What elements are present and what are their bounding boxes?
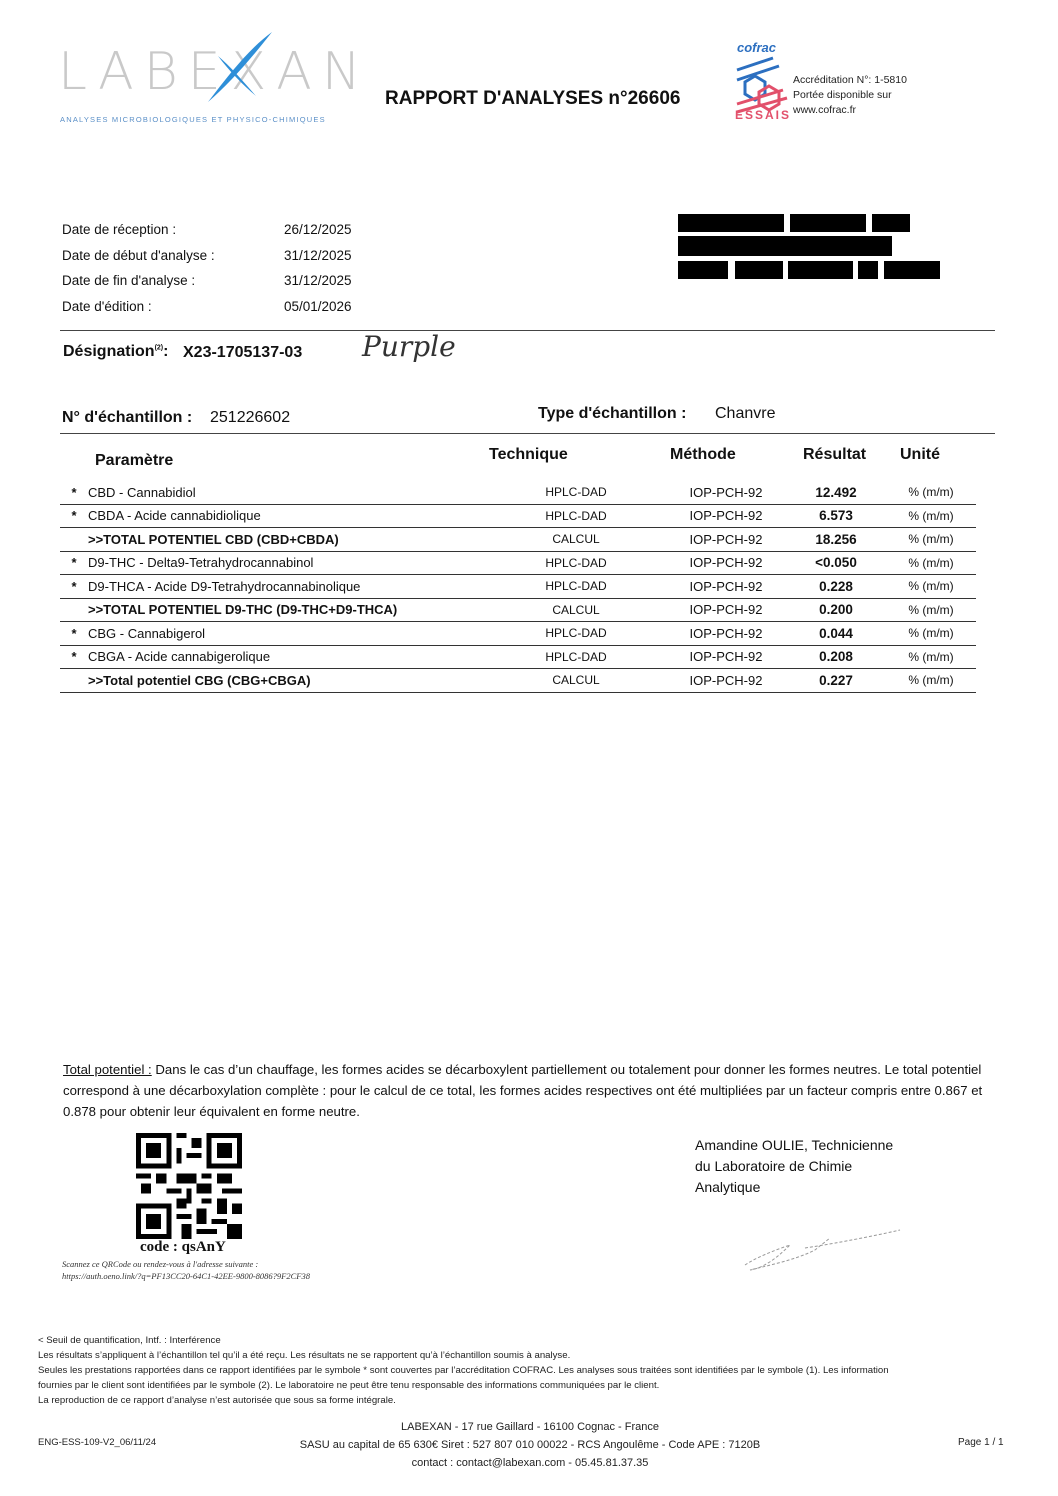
sample-number-value: 251226602 bbox=[210, 409, 290, 427]
accredited-marker: * bbox=[60, 575, 88, 599]
technique-cell: HPLC-DAD bbox=[486, 622, 666, 646]
method-cell: IOP-PCH-92 bbox=[666, 551, 786, 575]
accredited-marker: * bbox=[60, 622, 88, 646]
parameter-cell: CBD - Cannabidiol bbox=[88, 481, 486, 504]
date-label: Date d'édition : bbox=[62, 299, 284, 325]
redaction-bar bbox=[790, 214, 866, 232]
result-cell: 12.492 bbox=[786, 481, 886, 504]
divider bbox=[60, 330, 995, 331]
unit-cell: % (m/m) bbox=[886, 528, 976, 552]
table-row: >>TOTAL POTENTIEL CBD (CBD+CBDA)CALCULIO… bbox=[60, 528, 976, 552]
technique-cell: CALCUL bbox=[486, 528, 666, 552]
result-cell: 0.044 bbox=[786, 622, 886, 646]
col-header-technique: Technique bbox=[489, 446, 568, 464]
date-value: 31/12/2025 bbox=[284, 248, 352, 274]
accredited-marker: * bbox=[60, 551, 88, 575]
redaction-bar bbox=[678, 214, 784, 232]
unit-cell: % (m/m) bbox=[886, 669, 976, 693]
note-label: Total potentiel : bbox=[63, 1062, 152, 1077]
date-row: Date d'édition :05/01/2026 bbox=[62, 299, 352, 325]
date-row: Date de fin d'analyse :31/12/2025 bbox=[62, 273, 352, 299]
accredited-marker bbox=[60, 598, 88, 622]
result-cell: 0.200 bbox=[786, 598, 886, 622]
parameter-cell: CBGA - Acide cannabigerolique bbox=[88, 645, 486, 669]
redaction-bar bbox=[735, 261, 783, 279]
redaction-bar bbox=[678, 236, 892, 256]
company-footer: LABEXAN - 17 rue Gaillard - 16100 Cognac… bbox=[250, 1418, 810, 1472]
col-header-unit: Unité bbox=[900, 446, 940, 464]
signer-title: du Laboratoire de Chimie bbox=[695, 1156, 893, 1177]
table-row: *CBDA - Acide cannabidioliqueHPLC-DADIOP… bbox=[60, 504, 976, 528]
table-row: *CBGA - Acide cannabigeroliqueHPLC-DADIO… bbox=[60, 645, 976, 669]
table-row: *D9-THCA - Acide D9-Tetrahydrocannabinol… bbox=[60, 575, 976, 599]
date-label: Date de début d'analyse : bbox=[62, 248, 284, 274]
accredited-marker bbox=[60, 528, 88, 552]
company-legal: SASU au capital de 65 630€ Siret : 527 8… bbox=[250, 1436, 810, 1454]
redaction-bar bbox=[788, 261, 853, 279]
table-row: >>TOTAL POTENTIEL D9-THC (D9-THC+D9-THCA… bbox=[60, 598, 976, 622]
disclaimer-line: fournies par le client sont identifiées … bbox=[38, 1378, 1028, 1393]
accreditation-info: Accréditation N°: 1-5810 Portée disponib… bbox=[793, 73, 907, 118]
accreditation-number: Accréditation N°: 1-5810 bbox=[793, 73, 907, 88]
parameter-cell: >>TOTAL POTENTIEL D9-THC (D9-THC+D9-THCA… bbox=[88, 598, 486, 622]
result-cell: 0.228 bbox=[786, 575, 886, 599]
unit-cell: % (m/m) bbox=[886, 504, 976, 528]
results-table: *CBD - CannabidiolHPLC-DADIOP-PCH-9212.4… bbox=[60, 481, 976, 693]
table-row: *CBG - CannabigerolHPLC-DADIOP-PCH-920.0… bbox=[60, 622, 976, 646]
col-header-parameter: Paramètre bbox=[95, 452, 173, 470]
redaction-bar bbox=[884, 261, 940, 279]
total-potential-note: Total potentiel : Dans le cas d’un chauf… bbox=[63, 1059, 998, 1122]
unit-cell: % (m/m) bbox=[886, 575, 976, 599]
technique-cell: HPLC-DAD bbox=[486, 551, 666, 575]
disclaimer-line: Seules les prestations rapportées dans c… bbox=[38, 1363, 1028, 1378]
method-cell: IOP-PCH-92 bbox=[666, 598, 786, 622]
page-number: Page 1 / 1 bbox=[958, 1437, 1004, 1448]
technique-cell: HPLC-DAD bbox=[486, 645, 666, 669]
report-title: RAPPORT D'ANALYSES n°26606 bbox=[385, 88, 680, 110]
qr-code-label: code : qsAnY bbox=[140, 1239, 226, 1256]
signer-title-cont: Analytique bbox=[695, 1177, 893, 1198]
scope-text: Portée disponible sur bbox=[793, 88, 907, 103]
signature-icon bbox=[735, 1220, 905, 1280]
technique-cell: HPLC-DAD bbox=[486, 481, 666, 504]
table-row: *CBD - CannabidiolHPLC-DADIOP-PCH-9212.4… bbox=[60, 481, 976, 504]
designation-label-text: Désignation bbox=[63, 343, 155, 360]
logo-x-swoosh-icon bbox=[200, 28, 280, 108]
result-cell: 18.256 bbox=[786, 528, 886, 552]
doc-reference: ENG-ESS-109-V2_06/11/24 bbox=[38, 1437, 156, 1448]
company-address: LABEXAN - 17 rue Gaillard - 16100 Cognac… bbox=[250, 1418, 810, 1436]
accredited-marker bbox=[60, 669, 88, 693]
date-value: 26/12/2025 bbox=[284, 222, 352, 248]
company-contact[interactable]: contact : contact@labexan.com - 05.45.81… bbox=[250, 1454, 810, 1472]
date-label: Date de réception : bbox=[62, 222, 284, 248]
dates-block: Date de réception :26/12/2025 Date de dé… bbox=[62, 222, 352, 324]
qr-instructions: Scannez ce QRCode ou rendez-vous à l'adr… bbox=[62, 1258, 310, 1282]
cofrac-essais: ESSAIS bbox=[735, 108, 791, 122]
handwritten-note: Purple bbox=[362, 330, 456, 363]
unit-cell: % (m/m) bbox=[886, 481, 976, 504]
method-cell: IOP-PCH-92 bbox=[666, 504, 786, 528]
parameter-cell: >>Total potentiel CBG (CBG+CBGA) bbox=[88, 669, 486, 693]
table-row: *D9-THC - Delta9-TetrahydrocannabinolHPL… bbox=[60, 551, 976, 575]
method-cell: IOP-PCH-92 bbox=[666, 645, 786, 669]
col-header-result: Résultat bbox=[803, 446, 866, 464]
disclaimer-line: < Seuil de quantification, Intf. : Inter… bbox=[38, 1333, 1028, 1348]
col-header-method: Méthode bbox=[670, 446, 736, 464]
date-row: Date de réception :26/12/2025 bbox=[62, 222, 352, 248]
method-cell: IOP-PCH-92 bbox=[666, 481, 786, 504]
sample-type-label: Type d'échantillon : bbox=[538, 405, 686, 423]
method-cell: IOP-PCH-92 bbox=[666, 669, 786, 693]
designation-colon: : bbox=[163, 343, 168, 360]
parameter-cell: D9-THCA - Acide D9-Tetrahydrocannabinoli… bbox=[88, 575, 486, 599]
signer-block: Amandine OULIE, Technicienne du Laborato… bbox=[695, 1135, 893, 1198]
technique-cell: CALCUL bbox=[486, 598, 666, 622]
sample-type-value: Chanvre bbox=[715, 405, 775, 423]
designation-superscript: (2) bbox=[155, 345, 164, 352]
technique-cell: HPLC-DAD bbox=[486, 504, 666, 528]
qr-url[interactable]: https://auth.oeno.link/?q=PF13CC20-64C1-… bbox=[62, 1270, 310, 1282]
logo-tagline: ANALYSES MICROBIOLOGIQUES ET PHYSICO-CHI… bbox=[60, 115, 326, 124]
method-cell: IOP-PCH-92 bbox=[666, 528, 786, 552]
date-value: 31/12/2025 bbox=[284, 273, 352, 299]
unit-cell: % (m/m) bbox=[886, 598, 976, 622]
designation-value: X23-1705137-03 bbox=[183, 344, 302, 362]
sample-number-label: N° d'échantillon : bbox=[62, 409, 192, 427]
redaction-bar bbox=[678, 261, 728, 279]
parameter-cell: D9-THC - Delta9-Tetrahydrocannabinol bbox=[88, 551, 486, 575]
unit-cell: % (m/m) bbox=[886, 551, 976, 575]
unit-cell: % (m/m) bbox=[886, 645, 976, 669]
disclaimer: < Seuil de quantification, Intf. : Inter… bbox=[38, 1333, 1028, 1408]
parameter-cell: CBG - Cannabigerol bbox=[88, 622, 486, 646]
unit-cell: % (m/m) bbox=[886, 622, 976, 646]
method-cell: IOP-PCH-92 bbox=[666, 575, 786, 599]
technique-cell: HPLC-DAD bbox=[486, 575, 666, 599]
qr-code-icon[interactable] bbox=[136, 1133, 242, 1239]
redaction-bar bbox=[858, 261, 878, 279]
accredited-marker: * bbox=[60, 645, 88, 669]
date-value: 05/01/2026 bbox=[284, 299, 352, 325]
result-cell: 0.227 bbox=[786, 669, 886, 693]
technique-cell: CALCUL bbox=[486, 669, 666, 693]
divider bbox=[60, 433, 995, 434]
method-cell: IOP-PCH-92 bbox=[666, 622, 786, 646]
redaction-bar bbox=[872, 214, 910, 232]
parameter-cell: CBDA - Acide cannabidiolique bbox=[88, 504, 486, 528]
accredited-marker: * bbox=[60, 504, 88, 528]
designation-label: Désignation(2): bbox=[63, 343, 168, 361]
date-row: Date de début d'analyse :31/12/2025 bbox=[62, 248, 352, 274]
result-cell: <0.050 bbox=[786, 551, 886, 575]
result-cell: 0.208 bbox=[786, 645, 886, 669]
signer-name: Amandine OULIE, Technicienne bbox=[695, 1135, 893, 1156]
note-text: Dans le cas d’un chauffage, les formes a… bbox=[63, 1062, 982, 1119]
accredited-marker: * bbox=[60, 481, 88, 504]
disclaimer-line: Les résultats s’appliquent à l’échantill… bbox=[38, 1348, 1028, 1363]
result-cell: 6.573 bbox=[786, 504, 886, 528]
disclaimer-line: La reproduction de ce rapport d’analyse … bbox=[38, 1393, 1028, 1408]
table-row: >>Total potentiel CBG (CBG+CBGA)CALCULIO… bbox=[60, 669, 976, 693]
date-label: Date de fin d'analyse : bbox=[62, 273, 284, 299]
cofrac-link[interactable]: www.cofrac.fr bbox=[793, 103, 907, 118]
parameter-cell: >>TOTAL POTENTIEL CBD (CBD+CBDA) bbox=[88, 528, 486, 552]
qr-scan-text: Scannez ce QRCode ou rendez-vous à l'adr… bbox=[62, 1258, 310, 1270]
